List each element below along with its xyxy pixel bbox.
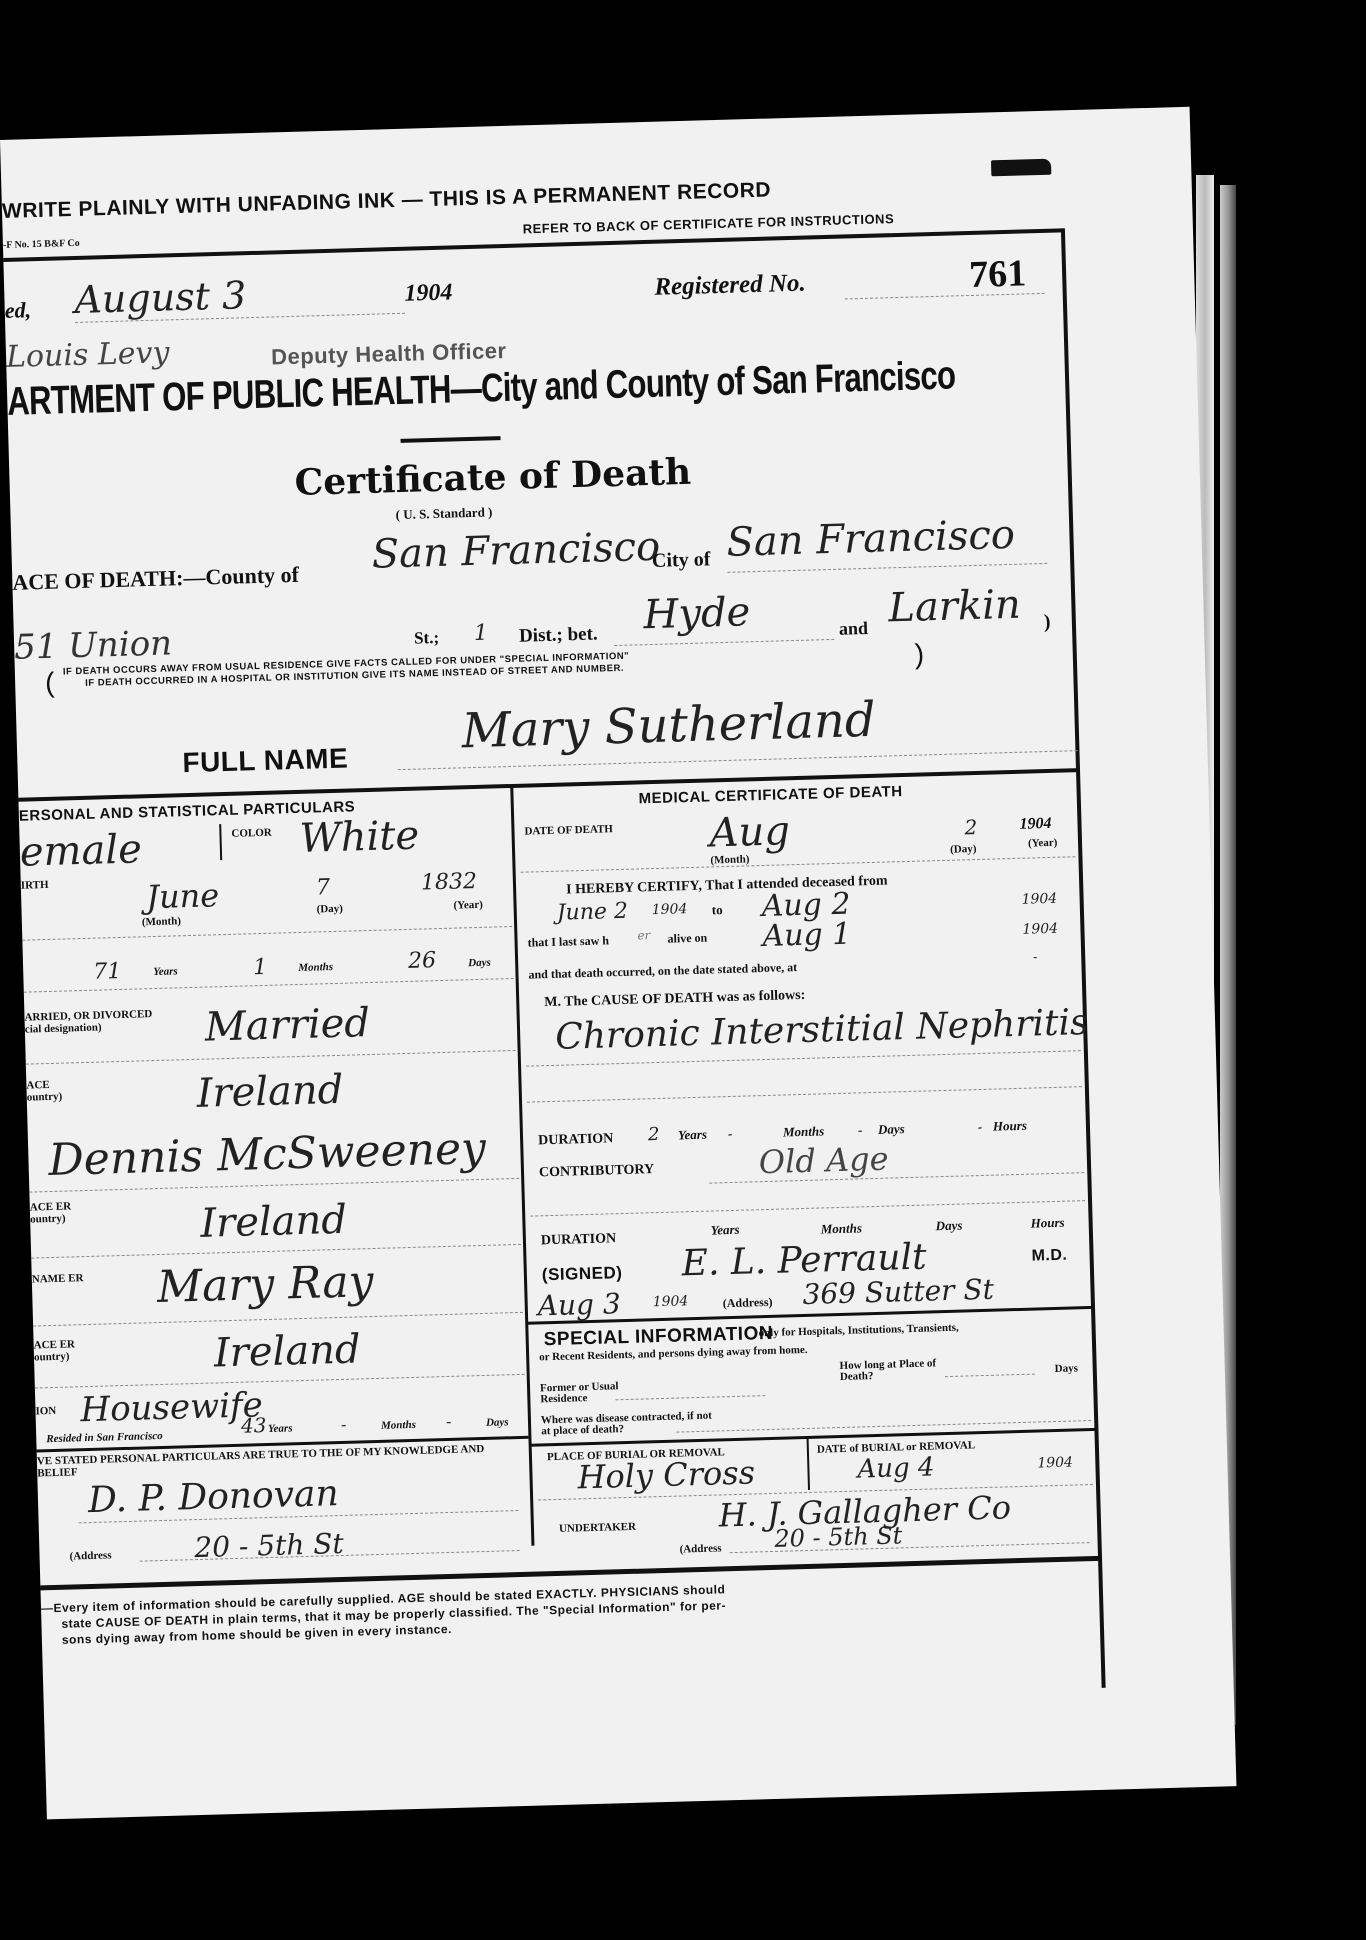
age-days: 26 [408,948,437,974]
physician-address: 369 Sutter St [802,1273,994,1311]
disease-contracted-label: Where was disease contracted, if not at … [541,1410,722,1437]
alive-on-year: 1904 [1022,921,1058,938]
burial-place: Holy Cross [577,1453,756,1496]
informant-name: D. P. Donovan [87,1473,339,1521]
birth-label: IRTH [21,879,49,892]
father-birthplace-label: ACE ER ountry) [30,1200,91,1226]
registered-number: 761 [969,251,1027,297]
birth-month: June [146,876,220,916]
registered-label: Registered No. [654,270,806,302]
duration-days-caption: Days [878,1121,905,1138]
county-value: San Francisco [371,524,661,578]
cause-of-death: Chronic Interstitial Nephritis [555,1002,1089,1058]
years-caption: Years [153,965,178,978]
signed-year: 1904 [652,1293,688,1310]
column-divider [510,786,534,1546]
full-name-value: Mary Sutherland [461,692,876,760]
undertaker-label: UNDERTAKER [559,1521,636,1535]
birth-day: 7 [316,875,331,900]
filed-prefix: ed, [4,297,31,324]
duration2-months-caption: Months [821,1220,863,1237]
duration2-years-caption: Years [711,1222,740,1239]
age-years: 71 [93,959,122,985]
duration-months: - [728,1126,733,1142]
form-number: -F No. 15 B&F Co [3,238,80,251]
district-value: 1 [474,621,489,646]
occupation-value: Housewife [80,1385,263,1430]
informant-address-label: (Address [69,1549,111,1562]
officer-title: Deputy Health Officer [271,338,507,371]
death-month: Aug [709,808,791,856]
filed-date: August 3 [74,273,247,322]
and-label: and [839,618,869,640]
signed-label: (SIGNED) [542,1263,623,1285]
how-long-label: How long at Place of Death? [839,1358,950,1383]
father-name: Dennis McSweeney [48,1123,487,1186]
burial-date: Aug 4 [857,1452,935,1484]
duration-hours: - [978,1119,983,1135]
occurred-time: - [1033,949,1037,964]
certificate-page: WRITE PLAINLY WITH UNFADING INK — THIS I… [0,107,1236,1820]
alive-on-label: alive on [667,931,707,947]
undertaker-address-label: (Address [679,1542,721,1555]
contributory-label: CONTRIBUTORY [539,1162,655,1181]
title-underline [401,436,501,443]
street-address: 51 Union [14,623,173,667]
full-name-label: FULL NAME [182,743,349,780]
former-residence-label: Former or Usual Residence [540,1381,631,1406]
resided-months-caption: Months [381,1419,416,1432]
place-of-death-label: ACE OF DEATH:—County of [12,562,299,596]
duration-years-caption: Years [678,1127,707,1144]
duration-years: 2 [648,1124,660,1145]
resided-days-caption: Days [486,1416,509,1429]
pointing-hand-icon [991,159,1051,177]
birthplace-label: ACE ountry) [26,1078,87,1104]
officer-signature: Louis Levy [6,335,170,375]
attended-to-year: 1904 [1021,891,1057,908]
duration-days: - [858,1122,863,1138]
color-value: White [299,813,420,862]
duration2-hours-caption: Hours [1030,1215,1064,1232]
alive-on: Aug 1 [762,917,852,954]
death-year: 1904 [1019,815,1051,834]
occupation-label: ION [35,1405,56,1418]
birthplace-value: Ireland [196,1067,344,1117]
duration-label: DURATION [538,1131,614,1149]
birth-year: 1832 [421,869,478,896]
days-caption: Days [468,957,491,970]
duration2-days-caption: Days [935,1218,962,1235]
last-saw-pronoun: er [637,928,650,942]
marital-value: Married [204,1000,370,1051]
district-label: Dist.; bet. [519,624,598,648]
attended-from-year: 1904 [652,901,688,918]
mother-name: Mary Ray [156,1256,374,1313]
to-label: to [712,902,723,918]
color-label: COLOR [231,827,272,840]
date-of-death-label: DATE OF DEATH [524,823,613,837]
medical-heading: MEDICAL CERTIFICATE OF DEATH [638,783,902,807]
year-caption: (Year) [453,899,483,912]
mother-birthplace-label: ACE ER ountry) [34,1338,95,1364]
duration2-label: DURATION [541,1231,617,1249]
physician-address-label: (Address) [723,1295,773,1311]
city-label: City of [652,548,711,573]
duration-hours-caption: Hours [993,1118,1027,1135]
signed-date: Aug 3 [537,1287,621,1322]
occurred-text: and that death occurred, on the date sta… [528,960,797,982]
age-months: 1 [253,955,268,980]
contributory-value: Old Age [758,1140,889,1182]
special-heading-suffix: only for Hospitals, Institutions, Transi… [758,1322,958,1340]
between-street-1: Hyde [643,589,751,638]
death-year-caption: (Year) [1028,837,1058,850]
death-day-caption: (Day) [950,843,977,856]
certificate-title: Certificate of Death [294,451,692,504]
how-long-days: Days [1055,1362,1079,1375]
father-birthplace: Ireland [200,1197,348,1247]
mother-name-label: NAME ER [32,1272,92,1286]
attended-from: June 2 [556,899,628,926]
resided-years: 43 [241,1413,267,1438]
filed-year: 1904 [404,279,453,307]
months-caption: Months [298,961,333,974]
day-caption: (Day) [316,903,343,916]
instructions-text: REFER TO BACK OF CERTIFICATE FOR INSTRUC… [522,211,894,236]
sex-value: emale [19,826,142,875]
cause-label: M. The CAUSE OF DEATH was as follows: [544,988,805,1011]
mother-birthplace: Ireland [213,1326,361,1376]
city-value: San Francisco [726,512,1016,566]
death-month-caption: (Month) [710,853,749,866]
month-caption: (Month) [142,915,181,928]
resided-months: - [341,1415,347,1434]
death-day: 2 [964,815,977,839]
burial-year: 1904 [1037,1455,1073,1472]
resided-label: Resided in San Francisco [46,1430,163,1445]
resided-years-caption: Years [268,1422,293,1435]
md-label: M.D. [1031,1247,1067,1266]
last-saw-text: that I last saw h [527,933,609,950]
duration-months-caption: Months [783,1123,825,1140]
section-divider [18,768,1078,802]
marital-label: ARRIED, OR DIVORCED cial designation) [24,1008,165,1036]
between-street-2: Larkin [888,582,1022,632]
certificate-subtitle: ( U. S. Standard ) [395,504,492,523]
resided-days: - [446,1412,452,1431]
street-label: St.; [414,628,440,649]
